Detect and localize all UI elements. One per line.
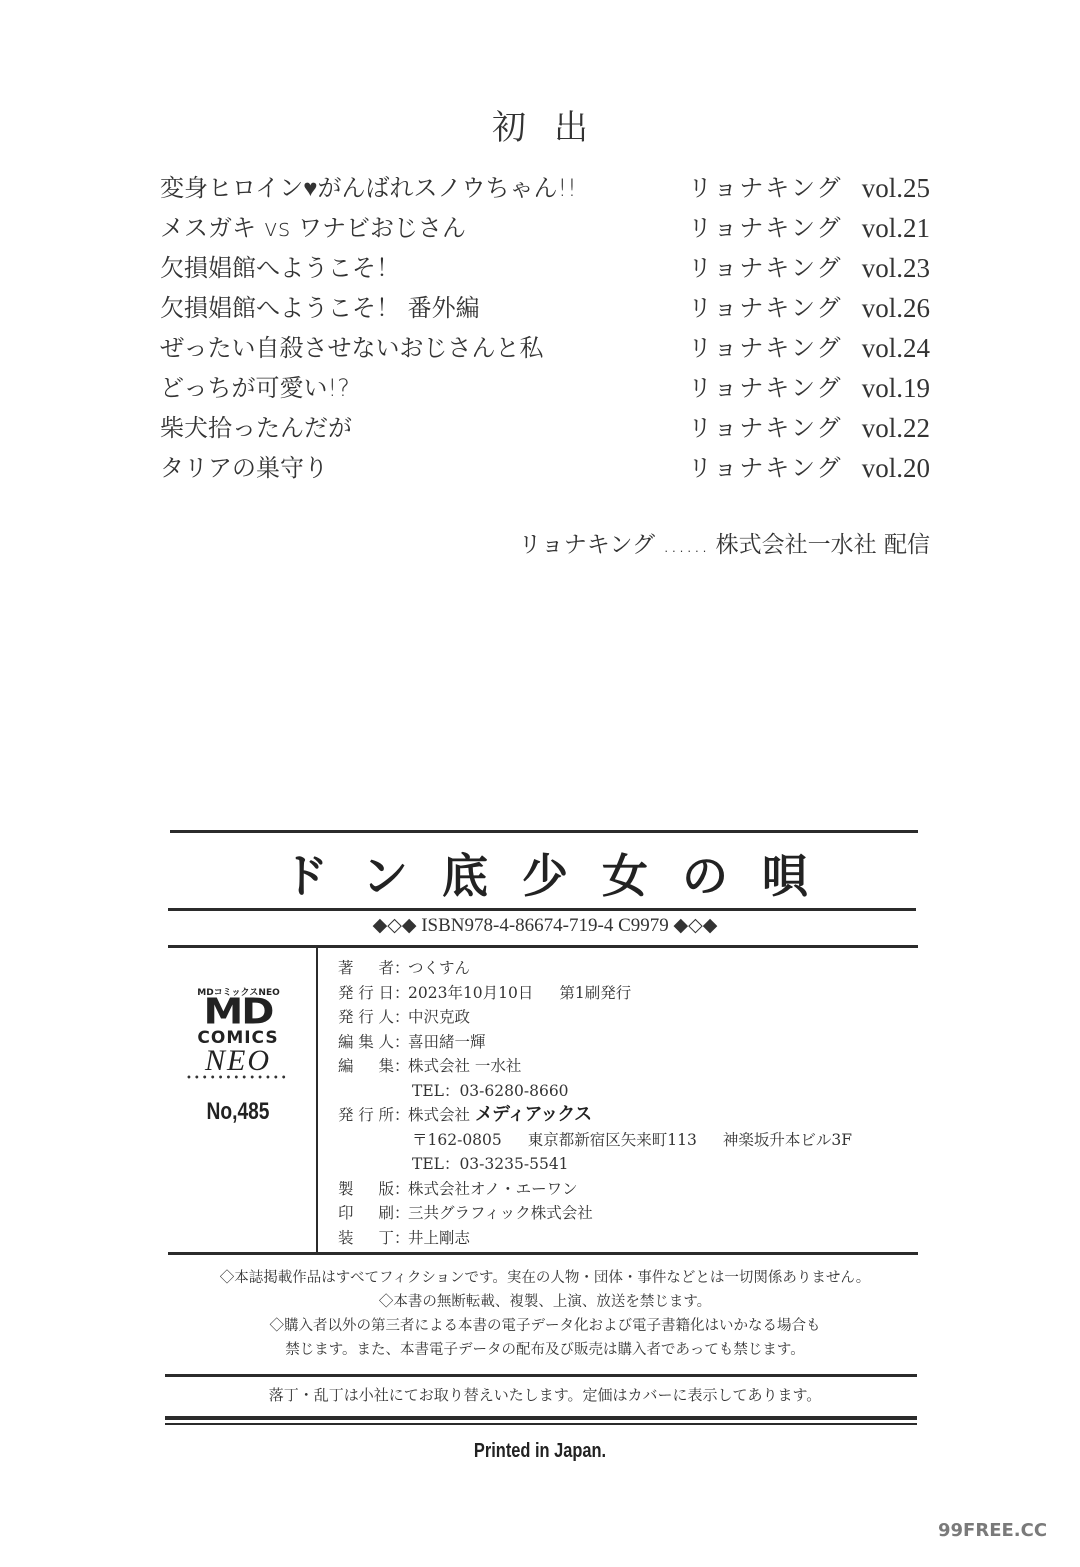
publisher-prefix: 株式会社 — [408, 1106, 470, 1124]
publisher-person-row: 発行人：中沢克政 — [338, 1005, 898, 1030]
notice-fiction: ◇本誌掲載作品はすべてフィクションです。実在の人物・団体・事件などとは一切関係あ… — [170, 1266, 920, 1290]
separator: ： — [394, 1030, 408, 1055]
editing-company: 株式会社 一水社 — [408, 1057, 521, 1075]
publisher-tel: TEL：03-3235-5541 — [412, 1155, 569, 1173]
colophon-bottom-rule — [168, 1252, 918, 1255]
colophon-details: 著者：つくすん 発行日：2023年10月10日第1刷発行 発行人：中沢克政 編集… — [338, 956, 898, 1250]
double-rule-top — [165, 1416, 917, 1420]
story-title: 変身ヒロイン♥がんばれスノウちゃん!! — [160, 168, 577, 208]
separator: ： — [394, 1226, 408, 1251]
isbn-rule — [168, 945, 918, 948]
replacement-note: 落丁・乱丁は小社にてお取り替えいたします。定価はカバーに表示してあります。 — [170, 1384, 920, 1405]
list-item: メスガキ vs ワナビおじさん リョナキング vol.21 — [160, 208, 930, 248]
md-logo: MD — [184, 994, 292, 1030]
magazine-name: リョナキング — [688, 288, 843, 328]
publisher-tel-row: TEL：03-3235-5541 — [338, 1152, 898, 1177]
separator: ： — [394, 956, 408, 981]
building: 神楽坂升本ビル3F — [723, 1131, 852, 1149]
magazine-name: リョナキング — [688, 328, 843, 368]
story-title: 柴犬拾ったんだが — [160, 408, 352, 448]
list-item: どっちが可愛い!? リョナキング vol.19 — [160, 368, 930, 408]
isbn-line: ◆◇◆ ISBN978-4-86674-719-4 C9979 ◆◇◆ — [170, 914, 920, 937]
design-row: 装丁：井上剛志 — [338, 1226, 898, 1251]
author-value: つくすん — [408, 959, 470, 977]
plate-row: 製版：株式会社オノ・エーワン — [338, 1177, 898, 1202]
list-item: 変身ヒロイン♥がんばれスノウちゃん!! リョナキング vol.25 — [160, 168, 930, 208]
title-rule — [168, 908, 916, 911]
top-rule — [170, 830, 918, 833]
story-title: 欠損娼館へようこそ！ 番外編 — [160, 288, 480, 328]
publisher-person-label: 発行人 — [338, 1005, 394, 1030]
print-label: 印刷 — [338, 1201, 394, 1226]
separator: ： — [394, 981, 408, 1006]
magazine-name: リョナキング — [688, 168, 843, 208]
notice-digitization-2: 禁じます。また、本書電子データの配布及び販売は購入者であっても禁じます。 — [170, 1338, 920, 1362]
watermark: 99FREE.CC — [938, 1520, 1047, 1541]
list-item: ぜったい自殺させないおじさんと私 リョナキング vol.24 — [160, 328, 930, 368]
editor-person-label: 編集人 — [338, 1030, 394, 1055]
story-title: どっちが可愛い!? — [160, 368, 350, 408]
list-item: 欠損娼館へようこそ！ 番外編 リョナキング vol.26 — [160, 288, 930, 328]
print-row: 印刷：三共グラフィック株式会社 — [338, 1201, 898, 1226]
author-row: 著者：つくすん — [338, 956, 898, 981]
double-rule-bottom — [165, 1423, 917, 1425]
separator: ： — [394, 1177, 408, 1202]
magazine-volume: vol.21 — [862, 208, 930, 248]
publisher-address-row: 〒162-0805東京都新宿区矢来町113神楽坂升本ビル3F — [338, 1128, 898, 1153]
separator: ： — [394, 1201, 408, 1226]
notices-rule — [165, 1374, 917, 1377]
magazine-name: リョナキング — [688, 368, 843, 408]
list-item: 柴犬拾ったんだが リョナキング vol.22 — [160, 408, 930, 448]
editing-tel: TEL：03-6280-8660 — [412, 1082, 569, 1100]
magazine-volume: vol.23 — [862, 248, 930, 288]
magazine-volume: vol.26 — [862, 288, 930, 328]
magazine-name: リョナキング — [688, 448, 843, 488]
series-number: No,485 — [195, 1098, 281, 1126]
editing-row: 編集：株式会社 一水社 — [338, 1054, 898, 1079]
design-value: 井上剛志 — [408, 1229, 470, 1247]
plate-label: 製版 — [338, 1177, 394, 1202]
story-title: メスガキ vs ワナビおじさん — [160, 208, 466, 248]
column-divider — [316, 947, 318, 1252]
magazine-volume: vol.22 — [862, 408, 930, 448]
postal-code: 〒162-0805 — [412, 1131, 502, 1149]
publisher-brand-logo: メディアックス — [475, 1104, 591, 1125]
list-item: タリアの巣守り リョナキング vol.20 — [160, 448, 930, 488]
first-appearance-heading: 初出 — [0, 100, 1080, 149]
print-value: 三共グラフィック株式会社 — [408, 1204, 593, 1222]
author-label: 著者 — [338, 956, 394, 981]
publisher-label: 発行所 — [338, 1103, 394, 1128]
story-title: 欠損娼館へようこそ！ — [160, 248, 400, 288]
distribution-note: リョナキング …… 株式会社一水社 配信 — [470, 526, 930, 559]
date-label: 発行日 — [338, 981, 394, 1006]
publisher-row: 発行所：株式会社 メディアックス — [338, 1103, 898, 1128]
notice-reproduction: ◇本書の無断転載、複製、上演、放送を禁じます。 — [170, 1290, 920, 1314]
magazine-volume: vol.19 — [862, 368, 930, 408]
editor-person-row: 編集人：喜田緒一輝 — [338, 1030, 898, 1055]
separator: ： — [394, 1054, 408, 1079]
magazine-volume: vol.25 — [862, 168, 930, 208]
separator: ： — [394, 1005, 408, 1030]
magazine-volume: vol.20 — [862, 448, 930, 488]
list-item: 欠損娼館へようこそ！ リョナキング vol.23 — [160, 248, 930, 288]
date-value: 2023年10月10日 — [408, 984, 533, 1002]
design-label: 装丁 — [338, 1226, 394, 1251]
editing-label: 編集 — [338, 1054, 394, 1079]
date-row: 発行日：2023年10月10日第1刷発行 — [338, 981, 898, 1006]
editor-person-value: 喜田緒一輝 — [408, 1033, 486, 1051]
address: 東京都新宿区矢来町113 — [528, 1131, 697, 1149]
story-title: タリアの巣守り — [160, 448, 328, 488]
notice-digitization-1: ◇購入者以外の第三者による本書の電子データ化および電子書籍化はいかなる場合も — [170, 1314, 920, 1338]
legal-notices: ◇本誌掲載作品はすべてフィクションです。実在の人物・団体・事件などとは一切関係あ… — [170, 1266, 920, 1362]
printing-value: 第1刷発行 — [559, 984, 631, 1002]
first-appearance-list: 変身ヒロイン♥がんばれスノウちゃん!! リョナキング vol.25 メスガキ v… — [160, 168, 930, 488]
magazine-volume: vol.24 — [862, 328, 930, 368]
plate-value: 株式会社オノ・エーワン — [408, 1180, 578, 1198]
editing-tel-row: TEL：03-6280-8660 — [338, 1079, 898, 1104]
book-title: ドン底少女の唄 — [170, 840, 920, 906]
magazine-name: リョナキング — [688, 408, 843, 448]
magazine-name: リョナキング — [688, 248, 843, 288]
story-title: ぜったい自殺させないおじさんと私 — [160, 328, 544, 368]
dotted-divider: •••••••••••••• — [186, 1073, 290, 1084]
printed-in-japan: Printed in Japan. — [97, 1440, 983, 1463]
publisher-person-value: 中沢克政 — [408, 1008, 470, 1026]
magazine-name: リョナキング — [688, 208, 843, 248]
separator: ： — [394, 1103, 408, 1128]
